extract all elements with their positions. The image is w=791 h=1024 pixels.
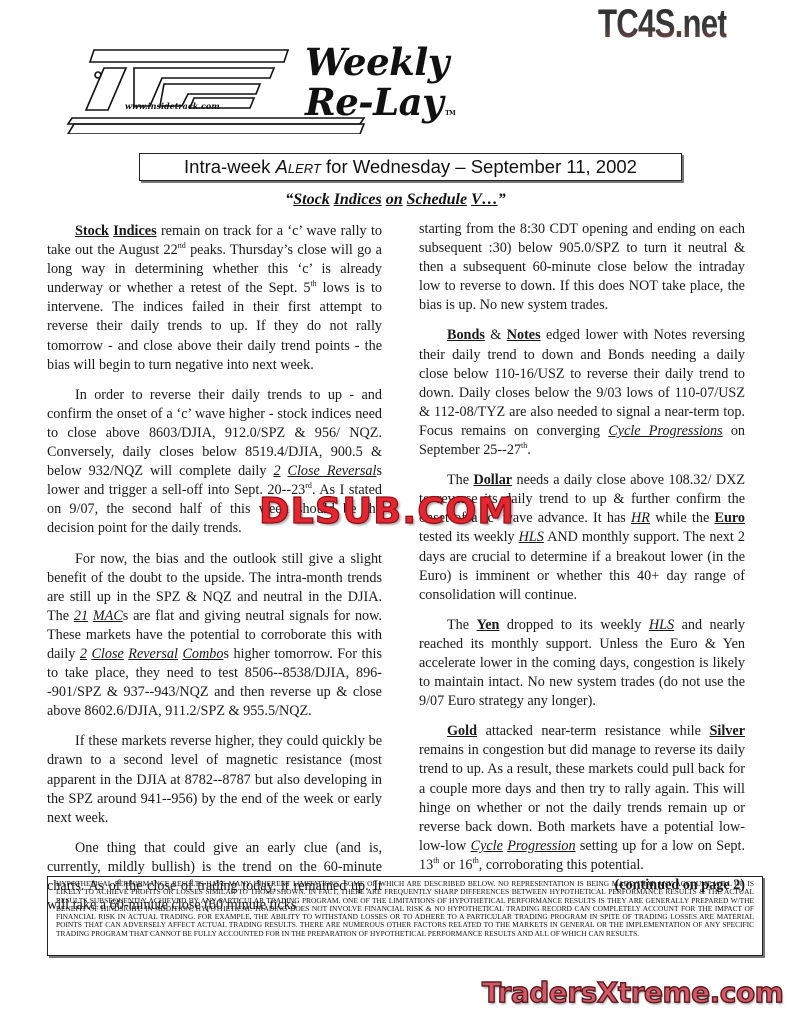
article-headline: “Stock Indices on Schedule V…” (0, 191, 791, 209)
paragraph-magnetic-resistance: If these markets reverse higher, they co… (47, 732, 382, 827)
watermark-tc4s: TC4S.net (598, 2, 727, 47)
paragraph-stock-indices: Stock Indices remain on track for a ‘c’ … (47, 222, 382, 375)
link-2[interactable]: 2 (80, 646, 87, 662)
left-column: Stock Indices remain on track for a ‘c’ … (47, 222, 382, 926)
logo-url: www.insidetrack.com (125, 101, 220, 111)
link-hls[interactable]: HLS (519, 529, 544, 545)
alert-header: Intra-week Alert for Wednesday – Septemb… (139, 153, 682, 181)
link-close[interactable]: Close (91, 646, 123, 662)
watermark-dlsub: DLSUB.COM (259, 491, 515, 532)
link-close-reversal[interactable]: Close Reversal (288, 463, 377, 479)
paragraph-bias-outlook: For now, the bias and the outlook still … (47, 550, 382, 722)
paragraph-yen: The Yen dropped to its weekly HLS and ne… (419, 616, 745, 711)
link-hr[interactable]: HR (631, 510, 650, 526)
title-line-2: Re-LayTM (305, 82, 455, 134)
alert-word: Alert (276, 156, 321, 177)
trademark: TM (445, 110, 455, 117)
link-reversal[interactable]: Reversal (128, 646, 178, 662)
title-line-1: Weekly (305, 42, 455, 82)
link-cycle[interactable]: Cycle (471, 838, 503, 854)
newsletter-title: Weekly Re-LayTM (305, 42, 455, 134)
disclaimer-box: Hypothetical performance results have ma… (47, 876, 763, 956)
right-column: starting from the 8:30 CDT opening and e… (419, 220, 745, 895)
paragraph-gold-silver: Gold attacked near-term resistance while… (419, 722, 745, 875)
watermark-tradersxtreme: TradersXtreme.com (482, 976, 783, 1009)
link-mac[interactable]: MAC (93, 608, 123, 624)
paragraph-bonds-notes: Bonds & Notes edged lower with Notes rev… (419, 326, 745, 460)
link-21[interactable]: 21 (74, 608, 88, 624)
link-combo[interactable]: Combo (182, 646, 223, 662)
paragraph-60-minute-cont: starting from the 8:30 CDT opening and e… (419, 220, 745, 315)
link-2[interactable]: 2 (273, 463, 280, 479)
link-progression[interactable]: Progression (507, 838, 575, 854)
link-hls[interactable]: HLS (649, 617, 674, 633)
link-cycle-progressions[interactable]: Cycle Progressions (608, 423, 722, 439)
